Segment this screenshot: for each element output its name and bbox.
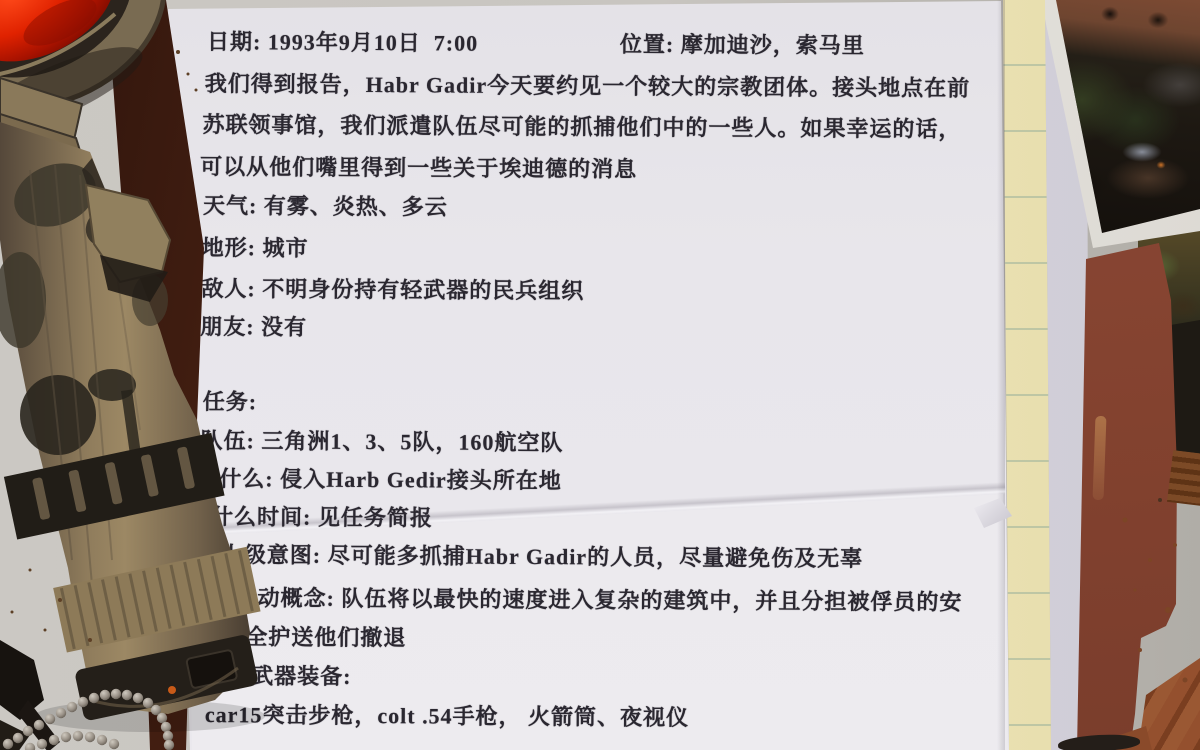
paper-edge-shadow: [997, 0, 1005, 750]
flashlight: [0, 0, 340, 750]
base-indicator-dot: [168, 686, 176, 694]
mission-briefing-screen: { "briefing": { "date": "日期: 1993年9月10日 …: [0, 0, 1200, 750]
